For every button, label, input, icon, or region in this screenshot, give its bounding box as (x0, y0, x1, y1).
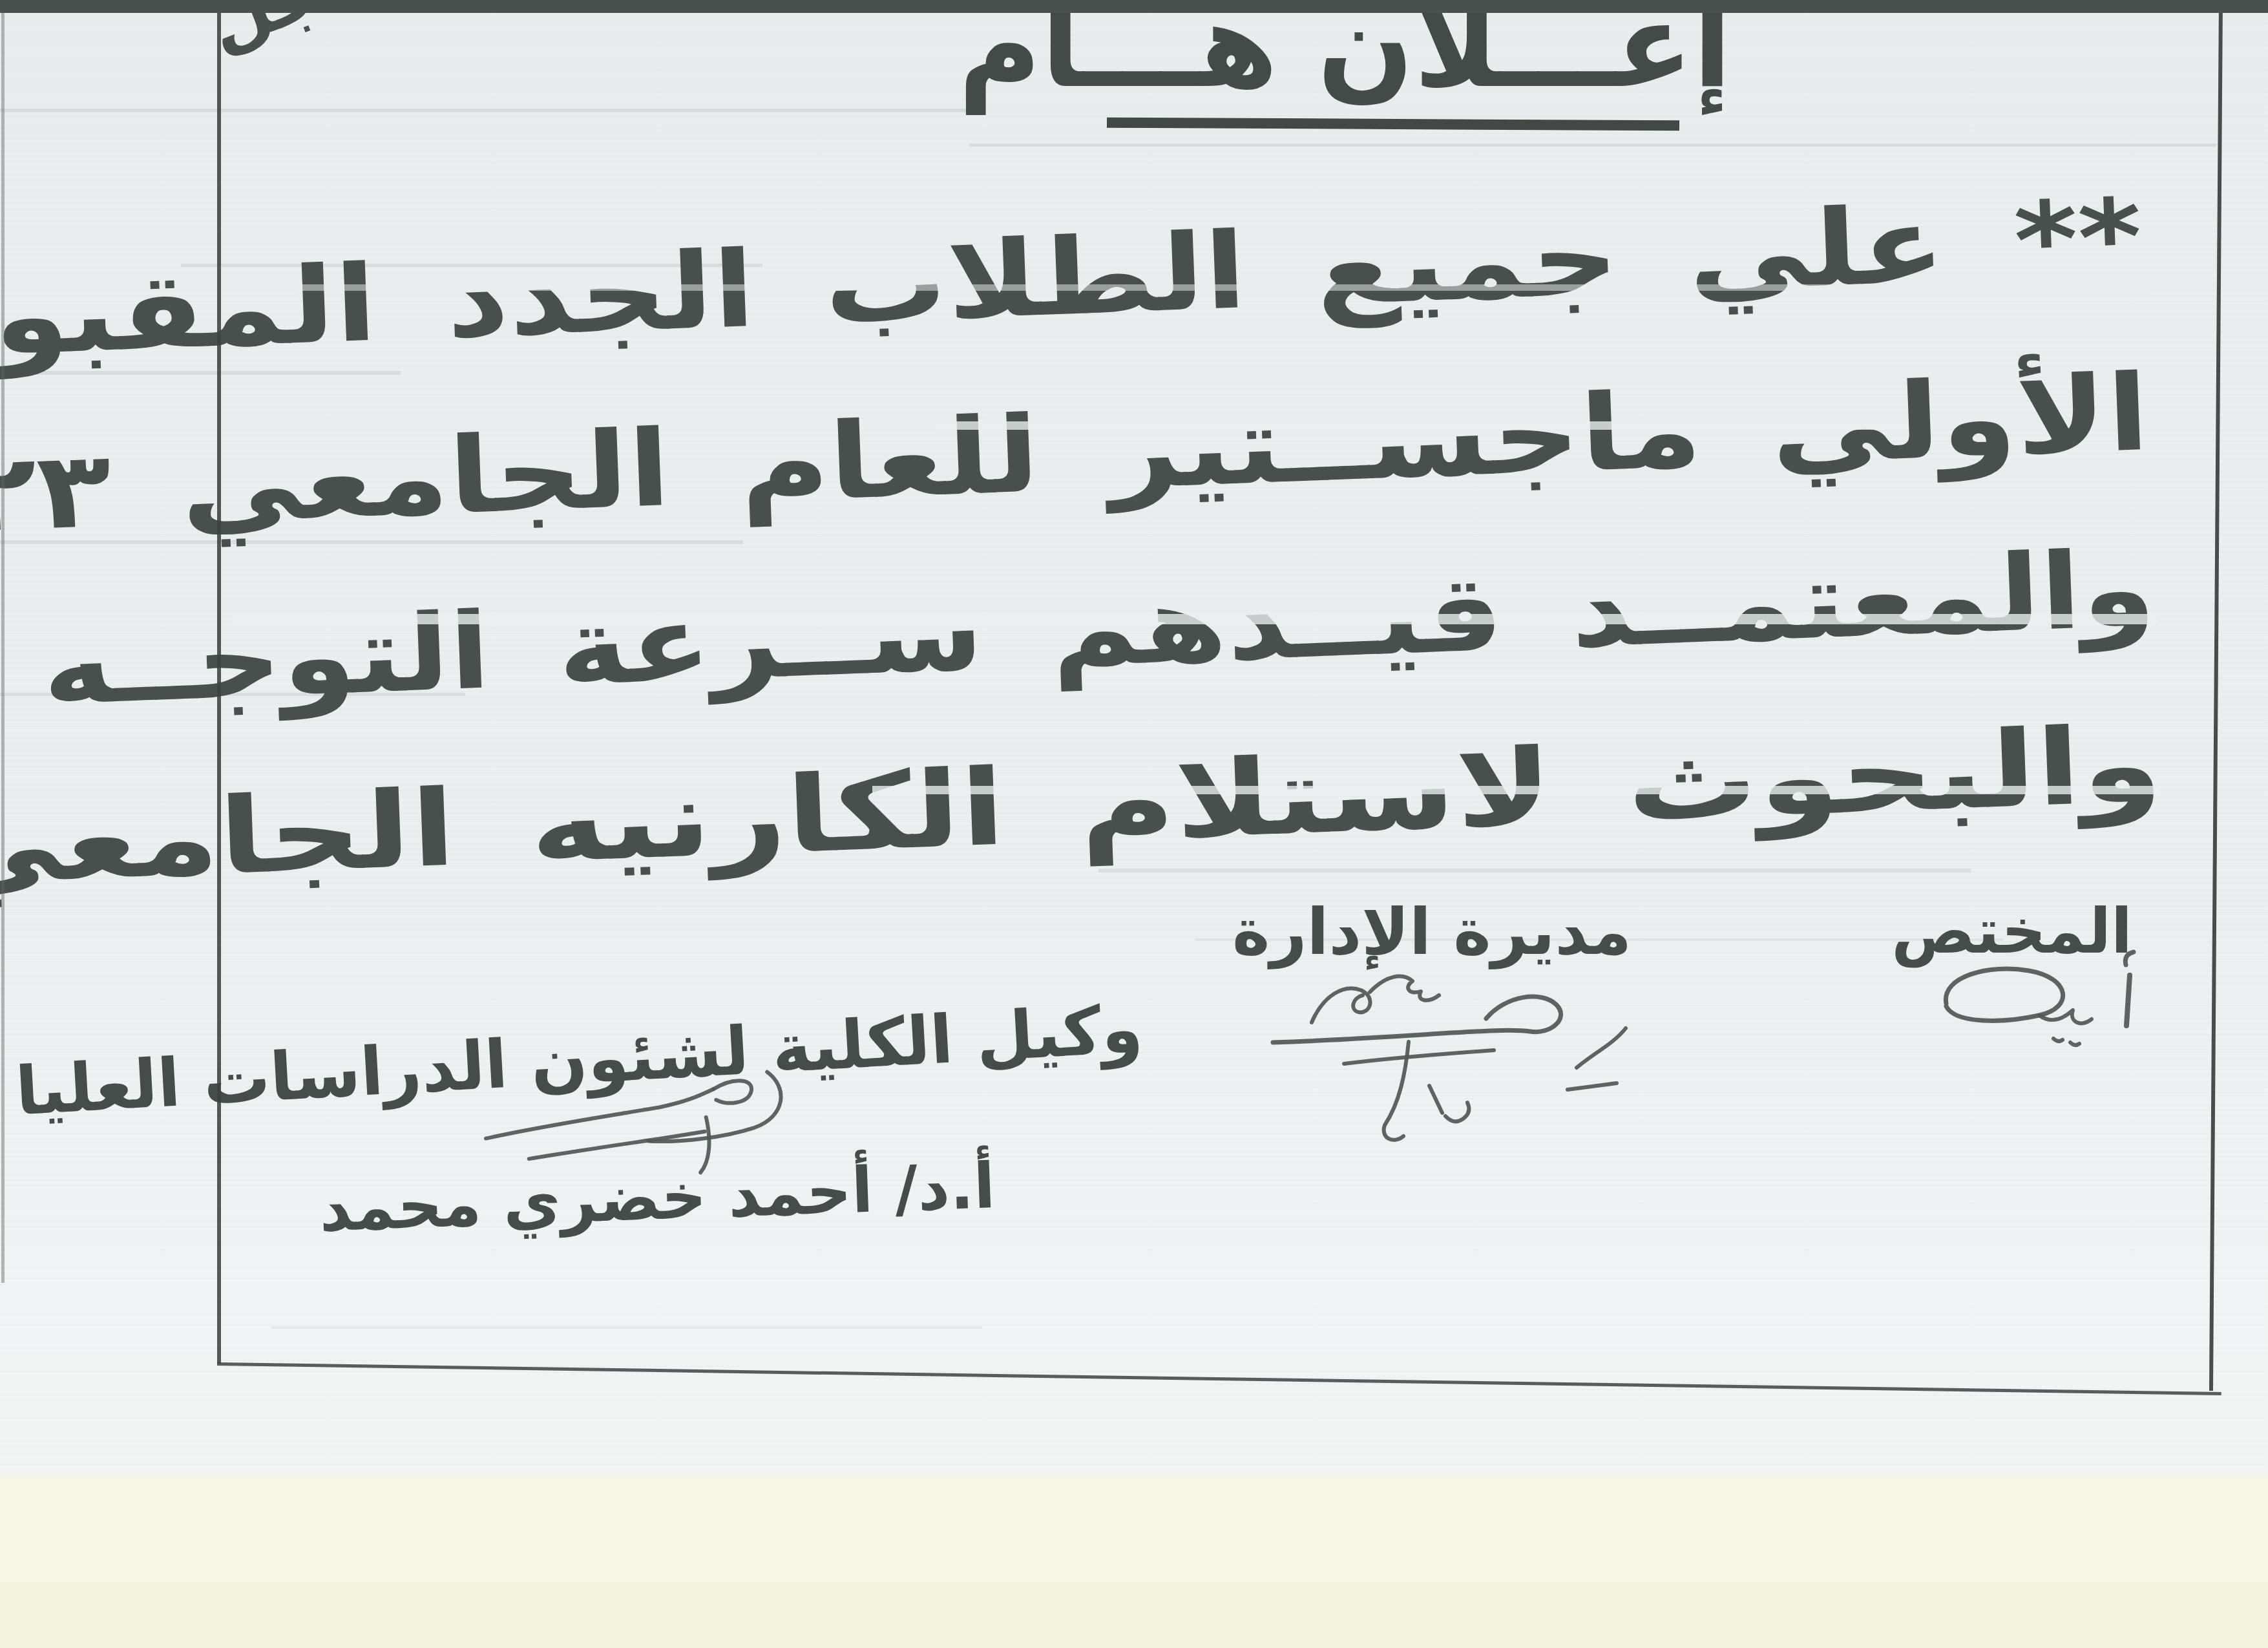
director-signature (1215, 931, 1641, 1163)
frame-border-bottom (217, 1362, 2221, 1395)
scan-streak (0, 109, 969, 112)
toner-dropout-band (937, 421, 1906, 430)
frame-border-left (217, 9, 221, 1364)
specialist-signature (1906, 940, 2165, 1063)
page-title: إعـــلان هـــام (1047, 0, 1732, 114)
scan-streak (969, 143, 2216, 147)
toner-dropout-band (872, 786, 2158, 794)
bottom-paper-strip-dark (0, 1582, 2268, 1648)
scan-edge-line (1, 0, 5, 1283)
title-underline (1107, 118, 1679, 131)
scanner-top-bar (0, 0, 2268, 13)
scan-streak (271, 1326, 982, 1329)
scanned-announcement-page: هام وعاجل إعـــلان هـــام ** علي جميع ال… (0, 0, 2268, 1648)
toner-dropout-band (291, 284, 2152, 291)
toner-dropout-band (233, 614, 2158, 624)
announcement-body: ** علي جميع الطلاب الجدد المقبولين بأقسا… (98, 150, 2165, 929)
frame-border-right (2209, 0, 2223, 1391)
